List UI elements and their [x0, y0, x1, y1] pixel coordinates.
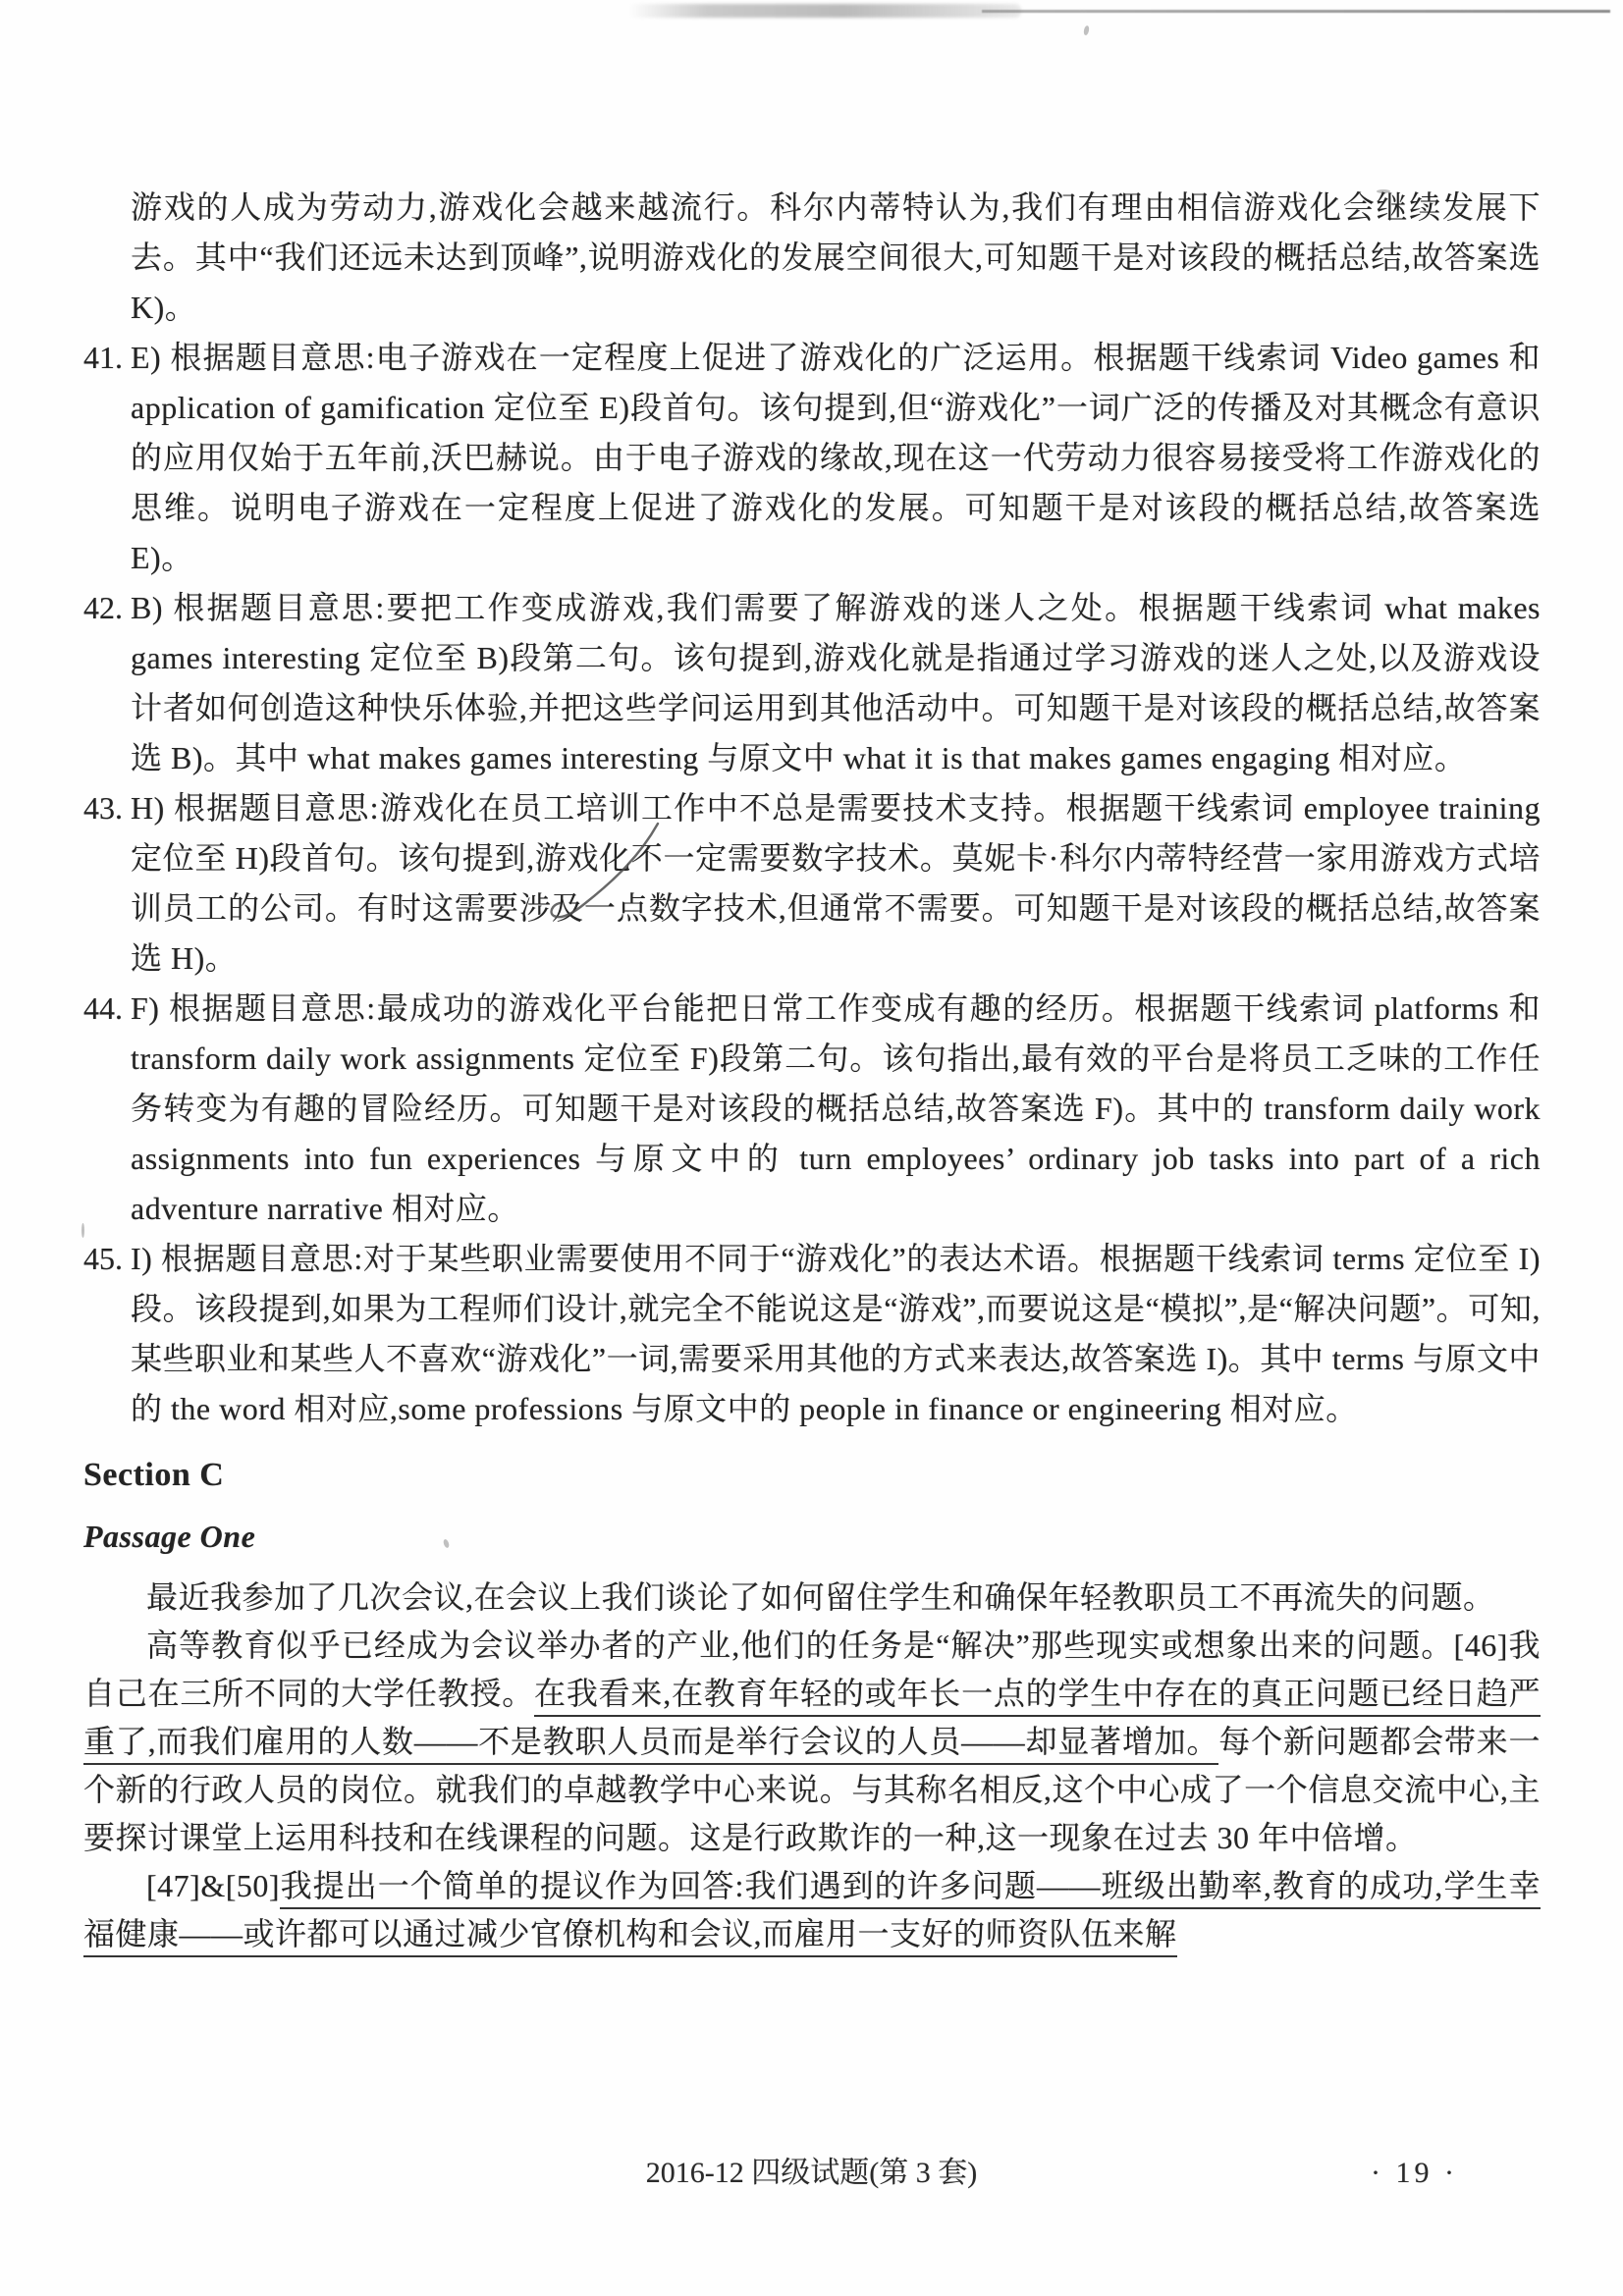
- answer-item-43: 43. H) 根据题目意思:游戏化在员工培训工作中不总是需要技术支持。根据题干线…: [83, 783, 1541, 984]
- footer-title: 2016-12 四级试题(第 3 套): [646, 2157, 977, 2189]
- scanned-exam-page: 游戏的人成为劳动力,游戏化会越来越流行。科尔内蒂特认为,我们有理由相信游戏化会继…: [0, 0, 1623, 2296]
- answer-number: 45.: [83, 1234, 129, 1284]
- page-footer: 2016-12 四级试题(第 3 套) · 19 ·: [0, 2150, 1623, 2197]
- scan-streak: [628, 4, 1021, 18]
- answer-number: 43.: [83, 783, 129, 833]
- section-c-heading: Section C: [83, 1451, 1541, 1500]
- passage-one-heading: Passage One: [83, 1512, 1541, 1561]
- answer-item-44: 44. F) 根据题目意思:最成功的游戏化平台能把日常工作变成有趣的经历。根据题…: [83, 984, 1541, 1234]
- answer-number: 44.: [83, 984, 129, 1034]
- answer-item-41: 41. E) 根据题目意思:电子游戏在一定程度上促进了游戏化的广泛运用。根据题干…: [83, 333, 1541, 583]
- scan-streak-line: [982, 10, 1610, 13]
- answer-text: H) 根据题目意思:游戏化在员工培训工作中不总是需要技术支持。根据题干线索词 e…: [131, 790, 1541, 976]
- underlined-text: 我提出一个简单的提议作为回答:我们遇到的许多问题——班级出勤率,教育的成功,学生…: [83, 1868, 1541, 1957]
- answer-text: F) 根据题目意思:最成功的游戏化平台能把日常工作变成有趣的经历。根据题干线索词…: [131, 990, 1541, 1226]
- answer-number: 42.: [83, 583, 129, 633]
- answer-item-45: 45. I) 根据题目意思:对于某些职业需要使用不同于“游戏化”的表达术语。根据…: [83, 1234, 1541, 1434]
- answer-item-42: 42. B) 根据题目意思:要把工作变成游戏,我们需要了解游戏的迷人之处。根据题…: [83, 583, 1541, 783]
- answer-text: I) 根据题目意思:对于某些职业需要使用不同于“游戏化”的表达术语。根据题干线索…: [131, 1241, 1541, 1426]
- passage-paragraph-2: 高等教育似乎已经成为会议举办者的产业,他们的任务是“解决”那些现实或想象出来的问…: [83, 1622, 1541, 1862]
- plain-text: 最近我参加了几次会议,在会议上我们谈论了如何留住学生和确保年轻教职员工不再流失的…: [146, 1579, 1495, 1615]
- scan-speck: [1083, 26, 1090, 36]
- passage-paragraph-1: 最近我参加了几次会议,在会议上我们谈论了如何留住学生和确保年轻教职员工不再流失的…: [83, 1574, 1541, 1622]
- passage-paragraph-3: [47]&[50]我提出一个简单的提议作为回答:我们遇到的许多问题——班级出勤率…: [83, 1862, 1541, 1958]
- content-area: 游戏的人成为劳动力,游戏化会越来越流行。科尔内蒂特认为,我们有理由相信游戏化会继…: [83, 183, 1541, 1958]
- answer-list: 41. E) 根据题目意思:电子游戏在一定程度上促进了游戏化的广泛运用。根据题干…: [83, 333, 1541, 1434]
- plain-text: [47]&[50]: [146, 1868, 280, 1903]
- answer-text: B) 根据题目意思:要把工作变成游戏,我们需要了解游戏的迷人之处。根据题干线索词…: [131, 590, 1541, 775]
- answer-40-continuation: 游戏的人成为劳动力,游戏化会越来越流行。科尔内蒂特认为,我们有理由相信游戏化会继…: [131, 183, 1541, 333]
- page-number: · 19 ·: [1371, 2150, 1458, 2197]
- answer-number: 41.: [83, 333, 129, 383]
- answer-text: E) 根据题目意思:电子游戏在一定程度上促进了游戏化的广泛运用。根据题干线索词 …: [131, 340, 1541, 575]
